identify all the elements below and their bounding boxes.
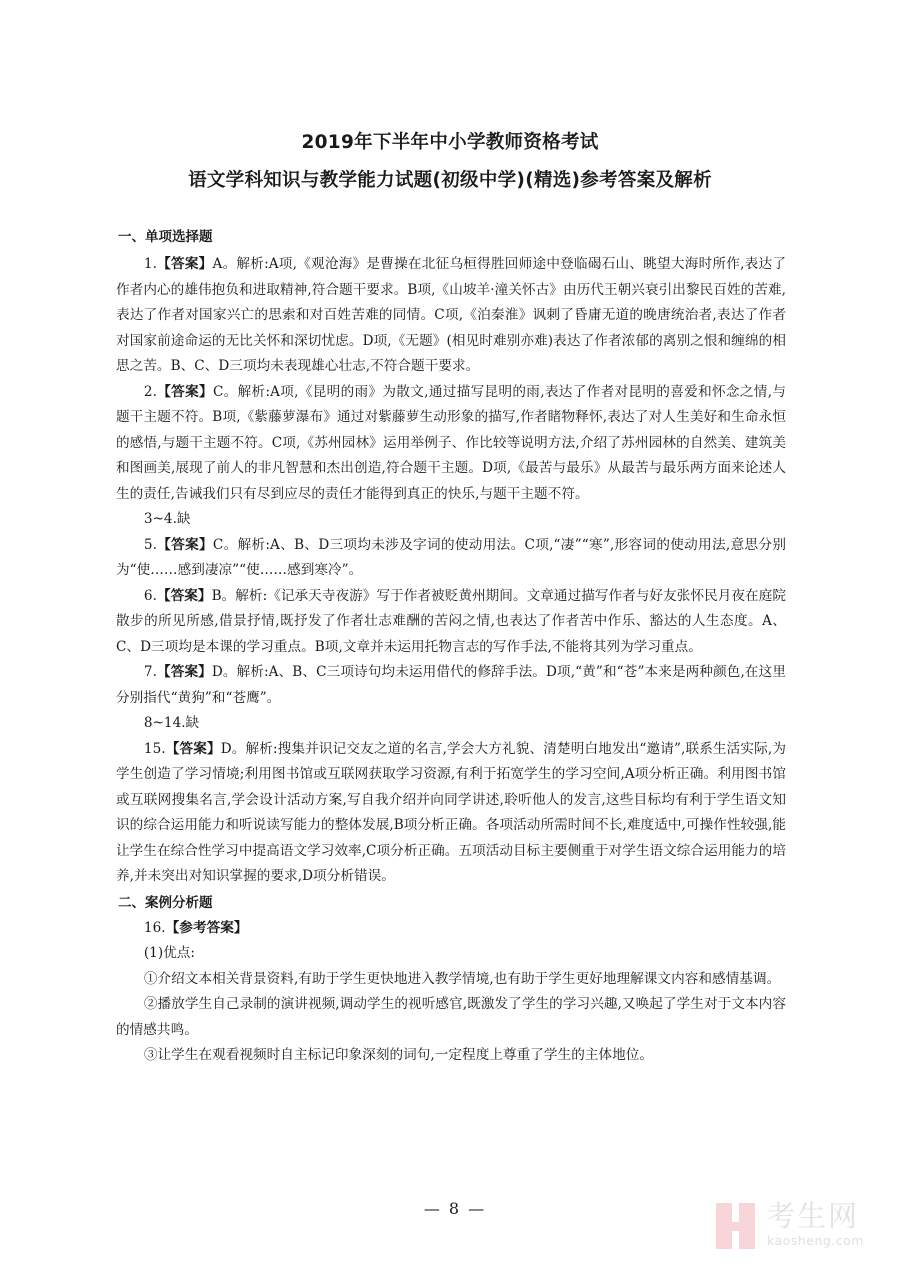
item-number: 5. <box>144 537 157 553</box>
answer-item-7: 7.【答案】D。解析:A、B、C三项诗句均未运用借代的修辞手法。D项,“黄”和“… <box>116 660 786 711</box>
answer-text: C。解析:A、B、D三项均未涉及字词的使动用法。C项,“凄”“寒”,形容词的使动… <box>116 537 786 579</box>
document-title: 2019年下半年中小学教师资格考试 语文学科知识与教学能力试题(初级中学)(精选… <box>0 130 900 194</box>
advantage-point-2: ②播放学生自己录制的演讲视频,调动学生的视听感官,既激发了学生的学习兴趣,又唤起… <box>116 992 786 1043</box>
missing-items-3-4: 3~4.缺 <box>116 507 786 533</box>
section-heading-case-analysis: 二、案例分析题 <box>118 892 786 914</box>
watermark-brand-en: kaosheng.com <box>767 1233 864 1248</box>
answer-item-2: 2.【答案】C。解析:A项,《昆明的雨》为散文,通过描写昆明的雨,表达了作者对昆… <box>116 380 786 508</box>
document-body: 一、单项选择题 1.【答案】A。解析:A项,《观沧海》是曹操在北征乌桓得胜回师途… <box>116 226 786 1069</box>
answer-text: D。解析:搜集并识记交友之道的名言,学会大方礼貌、清楚明白地发出“邀请”,联系生… <box>116 741 786 885</box>
missing-items-8-14: 8~14.缺 <box>116 711 786 737</box>
item-number: 2. <box>144 384 157 400</box>
item-number: 6. <box>144 588 157 604</box>
answer-item-6: 6.【答案】B。解析:《记承天寺夜游》写于作者被贬黄州期间。文章通过描写作者与好… <box>116 584 786 661</box>
title-line-2: 语文学科知识与教学能力试题(初级中学)(精选)参考答案及解析 <box>0 168 900 194</box>
item-number: 1. <box>144 256 157 272</box>
item-number: 16. <box>144 920 166 936</box>
answer-text: B。解析:《记承天寺夜游》写于作者被贬黄州期间。文章通过描写作者与好友张怀民月夜… <box>116 588 786 655</box>
answer-label: 【答案】 <box>157 384 213 400</box>
answer-label: 【参考答案】 <box>166 920 248 936</box>
item-number: 15. <box>144 741 166 757</box>
answer-text: D。解析:A、B、C三项诗句均未运用借代的修辞手法。D项,“黄”和“苍”本来是两… <box>116 664 786 706</box>
answer-label: 【答案】 <box>157 664 212 680</box>
answer-text: C。解析:A项,《昆明的雨》为散文,通过描写昆明的雨,表达了作者对昆明的喜爱和怀… <box>116 384 786 502</box>
advantage-point-1: ①介绍文本相关背景资料,有助于学生更快地进入教学情境,也有助于学生更好地理解课文… <box>116 967 786 993</box>
answer-item-15: 15.【答案】D。解析:搜集并识记交友之道的名言,学会大方礼貌、清楚明白地发出“… <box>116 737 786 890</box>
kaosheng-logo-icon <box>716 1203 758 1249</box>
sub-heading-advantages: (1)优点: <box>116 941 786 967</box>
title-line-1: 2019年下半年中小学教师资格考试 <box>0 130 900 156</box>
answer-label: 【答案】 <box>166 741 221 757</box>
section-heading-single-choice: 一、单项选择题 <box>118 226 786 248</box>
watermark-brand-cn: 考生网 <box>766 1199 859 1233</box>
answer-label: 【答案】 <box>157 588 212 604</box>
answer-label: 【答案】 <box>157 256 213 272</box>
answer-text: A。解析:A项,《观沧海》是曹操在北征乌桓得胜回师途中登临碣石山、眺望大海时所作… <box>116 256 786 374</box>
document-page: 2019年下半年中小学教师资格考试 语文学科知识与教学能力试题(初级中学)(精选… <box>0 0 900 1271</box>
page-number: — 8 — <box>420 1199 490 1218</box>
answer-item-16: 16.【参考答案】 <box>116 916 786 942</box>
item-number: 7. <box>144 664 157 680</box>
answer-label: 【答案】 <box>157 537 213 553</box>
answer-item-5: 5.【答案】C。解析:A、B、D三项均未涉及字词的使动用法。C项,“凄”“寒”,… <box>116 533 786 584</box>
watermark: 考生网 kaosheng.com <box>716 1203 876 1249</box>
advantage-point-3: ③让学生在观看视频时自主标记印象深刻的词句,一定程度上尊重了学生的主体地位。 <box>116 1043 786 1069</box>
answer-item-1: 1.【答案】A。解析:A项,《观沧海》是曹操在北征乌桓得胜回师途中登临碣石山、眺… <box>116 252 786 380</box>
